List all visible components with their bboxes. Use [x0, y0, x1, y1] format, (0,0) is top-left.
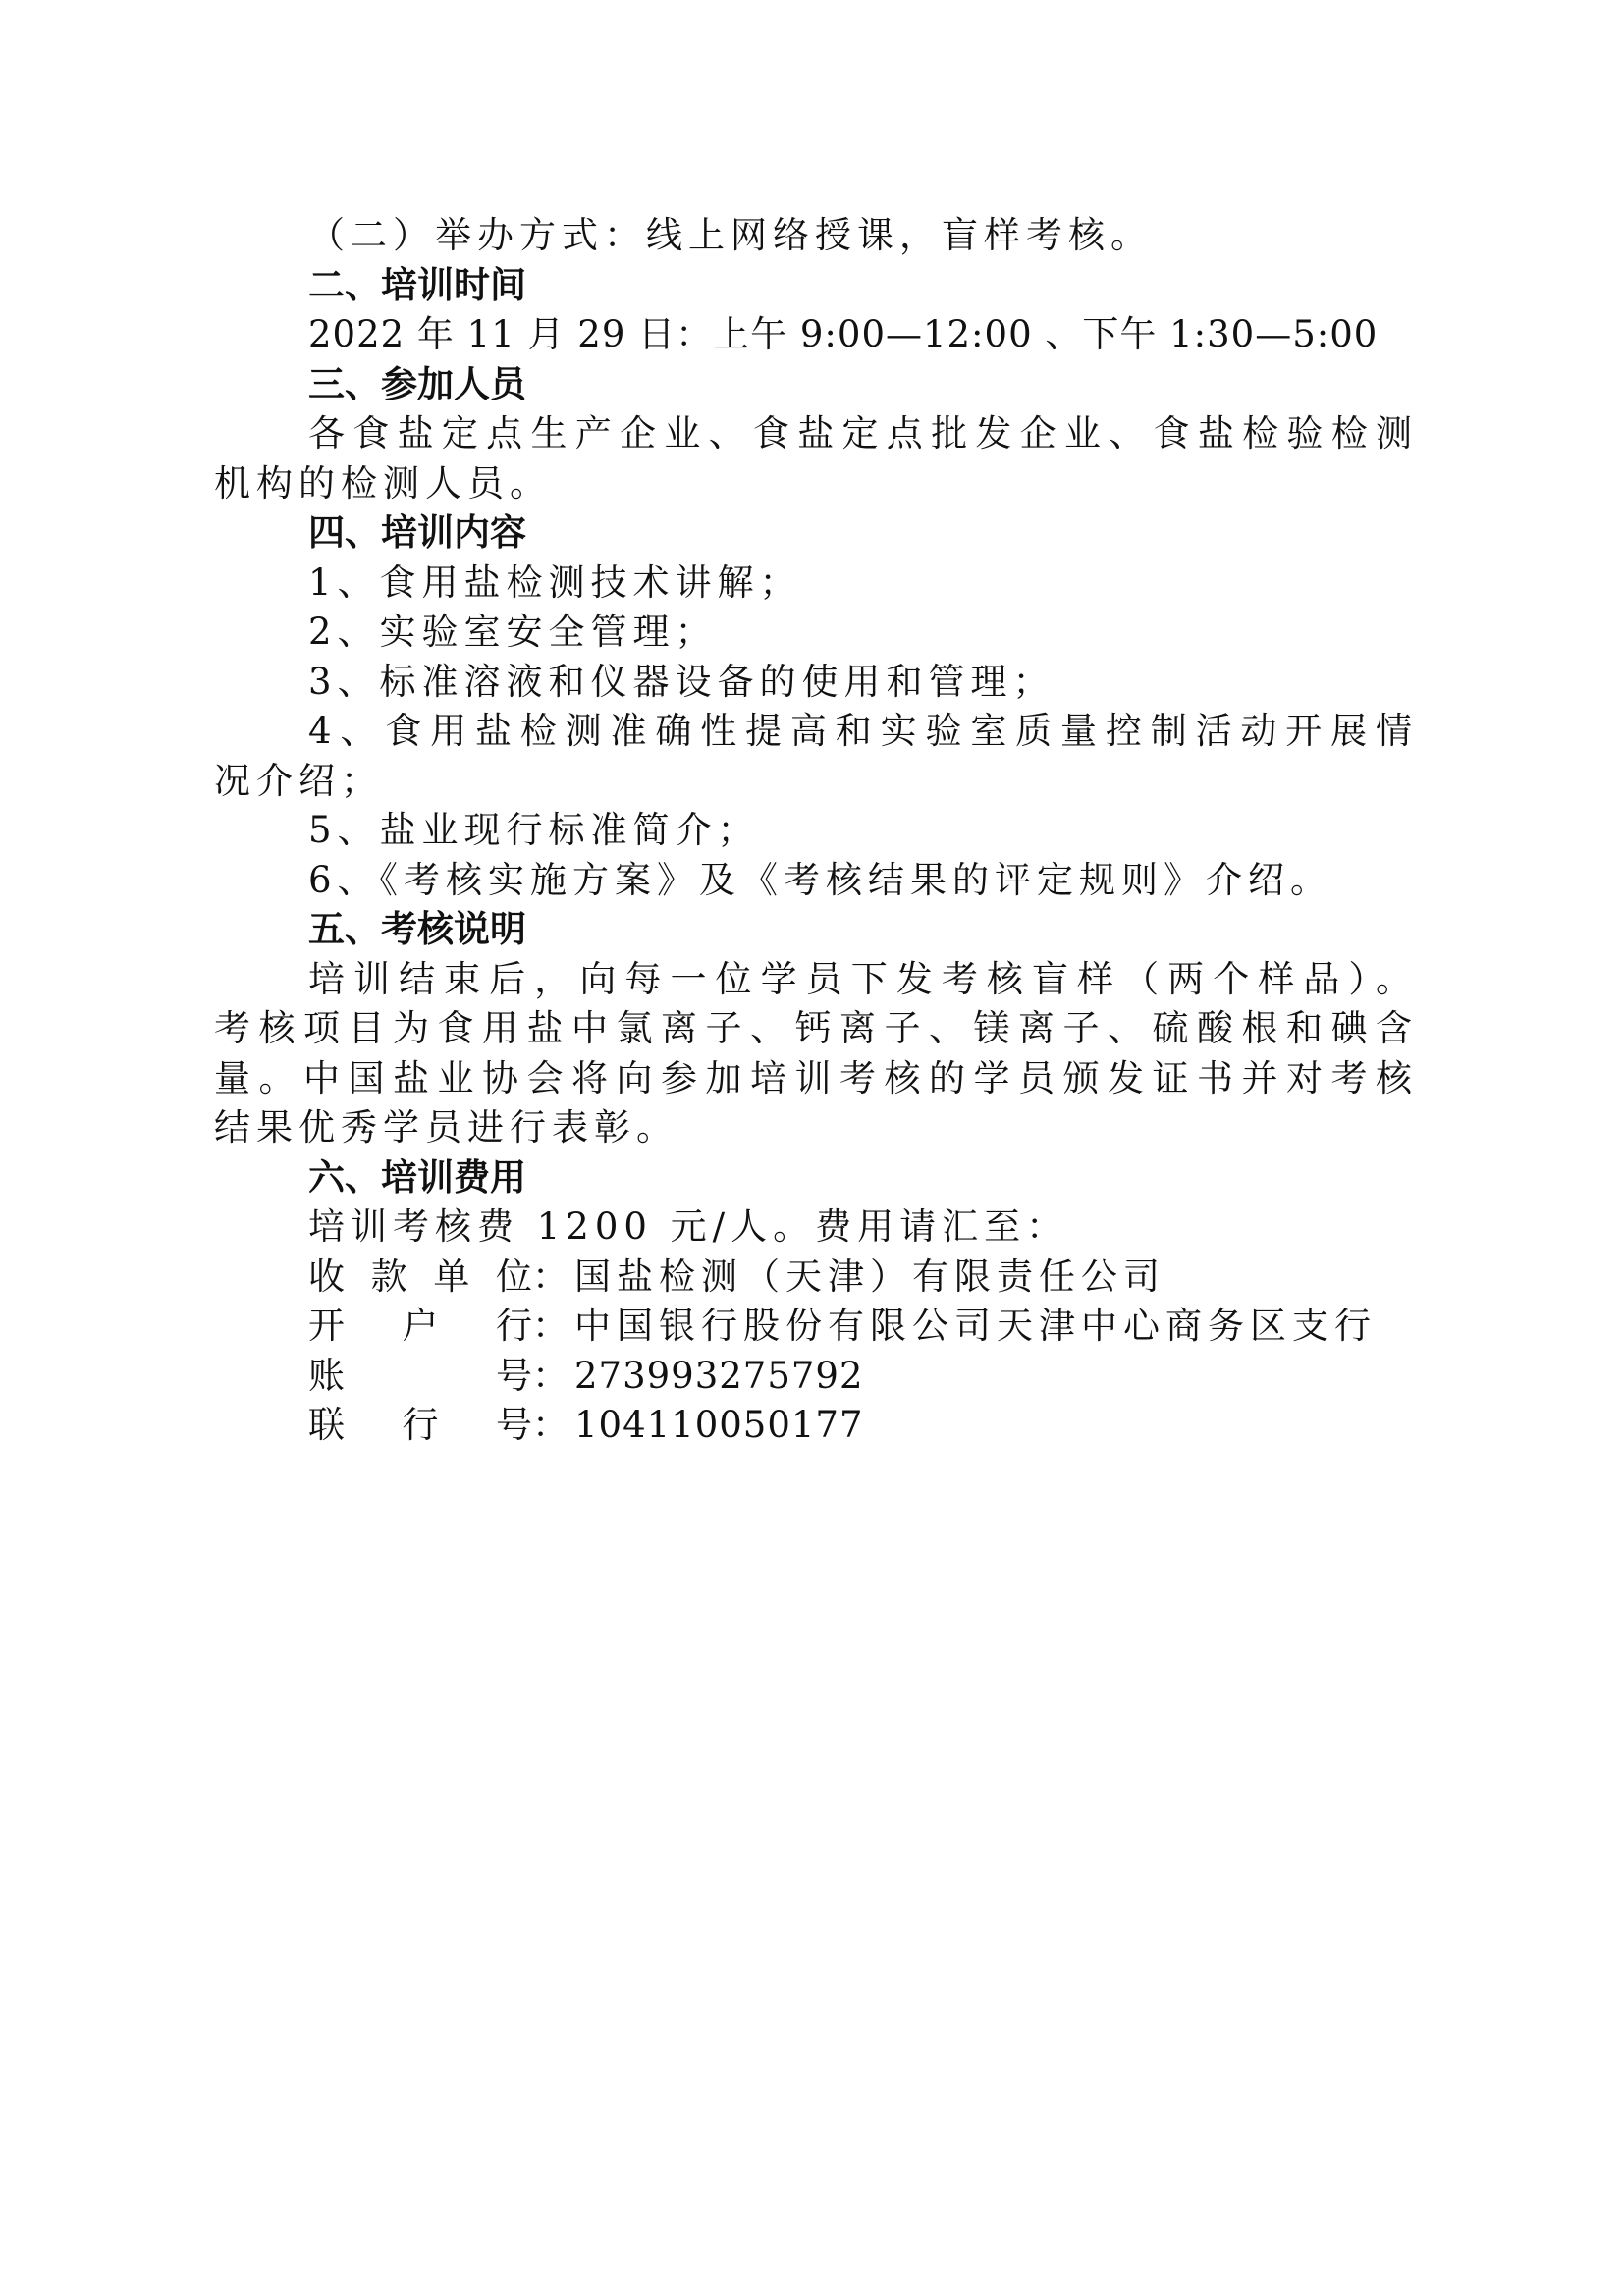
account-value: 273993275792 [574, 1352, 864, 1402]
assessment-line-2: 考核项目为食用盐中氯离子、钙离子、镁离子、硫酸根和碘含 [214, 1004, 1414, 1054]
bank-row: 开户行：中国银行股份有限公司天津中心商务区支行 [214, 1302, 1414, 1352]
bank-code-label: 联行号 [308, 1401, 532, 1451]
content-item-2: 2、实验室安全管理； [214, 608, 1414, 658]
section-heading-content: 四、培训内容 [214, 508, 1414, 559]
participants-line-2: 机构的检测人员。 [214, 459, 1414, 509]
payee-value: 国盐检测（天津）有限责任公司 [574, 1253, 1165, 1303]
payee-row: 收款单位：国盐检测（天津）有限责任公司 [214, 1253, 1414, 1303]
account-label: 账号 [308, 1352, 532, 1402]
document-page: （二）举办方式：线上网络授课，盲样考核。 二、培训时间 2022 年 11 月 … [214, 211, 1414, 1451]
fee-line: 培训考核费 1200 元/人。费用请汇至： [214, 1202, 1414, 1253]
section-heading-participants: 三、参加人员 [214, 360, 1414, 410]
content-item-4-line-1: 4、食用盐检测准确性提高和实验室质量控制活动开展情 [214, 707, 1414, 757]
content-item-5: 5、盐业现行标准简介； [214, 806, 1414, 856]
assessment-line-1: 培训结束后，向每一位学员下发考核盲样（两个样品）。 [214, 955, 1414, 1005]
payee-label: 收款单位 [308, 1253, 532, 1303]
content-item-6: 6、《考核实施方案》及《考核结果的评定规则》介绍。 [214, 856, 1414, 906]
content-item-1: 1、食用盐检测技术讲解； [214, 559, 1414, 609]
assessment-line-3: 量。中国盐业协会将向参加培训考核的学员颁发证书并对考核 [214, 1054, 1414, 1104]
method-line: （二）举办方式：线上网络授课，盲样考核。 [214, 211, 1414, 261]
section-heading-time: 二、培训时间 [214, 261, 1414, 311]
bank-value: 中国银行股份有限公司天津中心商务区支行 [574, 1302, 1377, 1352]
content-item-4-line-2: 况介绍； [214, 757, 1414, 807]
bank-code-value: 104110050177 [574, 1401, 864, 1451]
participants-line-1: 各食盐定点生产企业、食盐定点批发企业、食盐检验检测 [214, 409, 1414, 459]
section-heading-assessment: 五、考核说明 [214, 905, 1414, 955]
time-line: 2022 年 11 月 29 日：上午 9:00—12:00 、下午 1:30—… [214, 310, 1414, 360]
account-row: 账号：273993275792 [214, 1352, 1414, 1402]
assessment-line-4: 结果优秀学员进行表彰。 [214, 1103, 1414, 1153]
section-heading-fees: 六、培训费用 [214, 1153, 1414, 1203]
bank-code-row: 联行号：104110050177 [214, 1401, 1414, 1451]
content-item-3: 3、标准溶液和仪器设备的使用和管理； [214, 658, 1414, 708]
bank-label: 开户行 [308, 1302, 532, 1352]
